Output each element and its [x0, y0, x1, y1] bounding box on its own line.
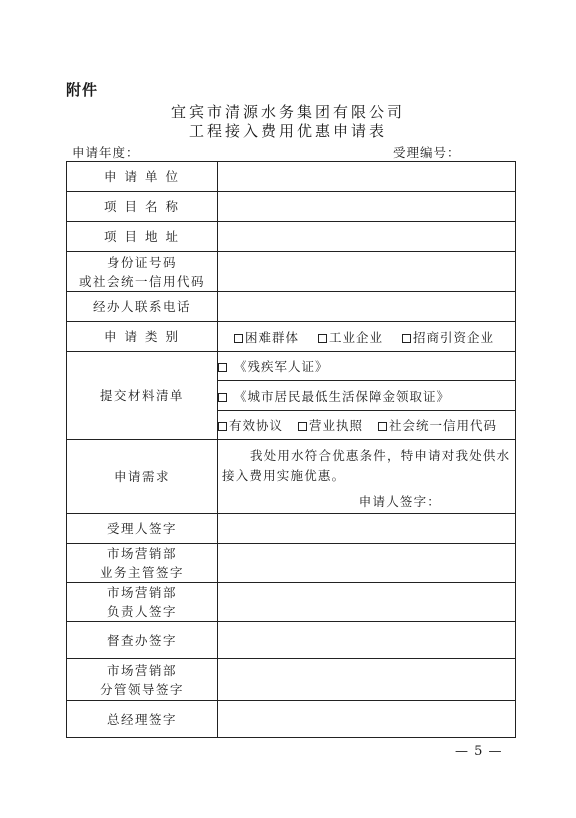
category-options: 困难群体 工业企业 招商引资企业	[218, 322, 516, 352]
row-applicant-unit: 申请单位	[67, 162, 516, 192]
label-line2: 负责人签字	[67, 602, 217, 621]
label-line1: 市场营销部	[67, 661, 217, 680]
field-receiver-signature[interactable]	[218, 514, 516, 544]
row-id-number: 身份证号码 或社会统一信用代码	[67, 252, 516, 292]
checkbox-icon[interactable]	[218, 363, 227, 372]
material-min-living-cert[interactable]: 《城市居民最低生活保障金领取证》	[218, 381, 516, 411]
label-line1: 市场营销部	[67, 544, 217, 563]
request-text-line2: 接入费用实施优惠。	[222, 468, 345, 483]
material-disabled-veteran-cert[interactable]: 《残疾军人证》	[218, 352, 516, 381]
field-business-supervisor-signature[interactable]	[218, 544, 516, 583]
row-materials-1: 提交材料清单 《残疾军人证》	[67, 352, 516, 381]
label-id-number: 身份证号码 或社会统一信用代码	[67, 252, 218, 292]
label-line2: 业务主管签字	[67, 563, 217, 582]
field-id-number[interactable]	[218, 252, 516, 292]
option-label: 营业执照	[309, 418, 363, 433]
document-title-company: 宜宾市清源水务集团有限公司	[0, 101, 576, 122]
label-id-number-line1: 身份证号码	[67, 253, 217, 272]
acceptance-number-label: 受理编号：	[393, 143, 461, 161]
label-general-manager-signature: 总经理签字	[67, 701, 218, 738]
field-application-request: 我处用水符合优惠条件，特申请对我处供水 接入费用实施优惠。 申请人签字：	[218, 440, 516, 514]
option-label: 困难群体	[245, 330, 299, 345]
application-form-table: 申请单位 项目名称 项目地址 身份证号码 或社会统一信用代码 经办人联系电话 申…	[66, 161, 516, 738]
checkbox-icon[interactable]	[402, 334, 411, 343]
field-general-manager-signature[interactable]	[218, 701, 516, 738]
request-statement: 我处用水符合优惠条件，特申请对我处供水 接入费用实施优惠。	[218, 444, 515, 486]
material-label: 《残疾军人证》	[234, 359, 329, 374]
label-business-supervisor-signature: 市场营销部 业务主管签字	[67, 544, 218, 583]
option-business-license[interactable]: 营业执照	[298, 418, 363, 433]
application-year-label: 申请年度：	[72, 143, 140, 161]
field-contact-phone[interactable]	[218, 292, 516, 322]
option-label: 社会统一信用代码	[389, 418, 497, 433]
field-project-address[interactable]	[218, 222, 516, 252]
row-application-request: 申请需求 我处用水符合优惠条件，特申请对我处供水 接入费用实施优惠。 申请人签字…	[67, 440, 516, 514]
attachment-label: 附件	[66, 79, 98, 100]
label-line1: 市场营销部	[67, 583, 217, 602]
label-leader-signature: 市场营销部 分管领导签字	[67, 659, 218, 701]
row-supervision-office-signature: 督查办签字	[67, 622, 516, 659]
option-valid-agreement[interactable]: 有效协议	[218, 418, 283, 433]
option-label: 招商引资企业	[413, 330, 494, 345]
checkbox-icon[interactable]	[218, 393, 227, 402]
option-credit-code[interactable]: 社会统一信用代码	[378, 418, 497, 433]
material-options: 有效协议 营业执照 社会统一信用代码	[218, 411, 516, 440]
row-business-supervisor-signature: 市场营销部 业务主管签字	[67, 544, 516, 583]
row-general-manager-signature: 总经理签字	[67, 701, 516, 738]
option-hardship-group[interactable]: 困难群体	[234, 330, 299, 345]
label-receiver-signature: 受理人签字	[67, 514, 218, 544]
request-text-line1: 我处用水符合优惠条件，特申请对我处供水	[250, 448, 510, 463]
option-label: 工业企业	[329, 330, 383, 345]
field-supervision-office-signature[interactable]	[218, 622, 516, 659]
checkbox-icon[interactable]	[378, 422, 387, 431]
material-label: 《城市居民最低生活保障金领取证》	[234, 389, 450, 404]
label-id-number-line2: 或社会统一信用代码	[67, 272, 217, 291]
label-applicant-unit: 申请单位	[67, 162, 218, 192]
label-supervision-office-signature: 督查办签字	[67, 622, 218, 659]
row-receiver-signature: 受理人签字	[67, 514, 516, 544]
label-materials-list: 提交材料清单	[67, 352, 218, 440]
field-project-name[interactable]	[218, 192, 516, 222]
checkbox-icon[interactable]	[298, 422, 307, 431]
row-dept-head-signature: 市场营销部 负责人签字	[67, 583, 516, 622]
field-dept-head-signature[interactable]	[218, 583, 516, 622]
row-application-category: 申请类别 困难群体 工业企业 招商引资企业	[67, 322, 516, 352]
checkbox-icon[interactable]	[318, 334, 327, 343]
label-dept-head-signature: 市场营销部 负责人签字	[67, 583, 218, 622]
checkbox-icon[interactable]	[234, 334, 243, 343]
row-leader-signature: 市场营销部 分管领导签字	[67, 659, 516, 701]
applicant-signature-label: 申请人签字：	[218, 492, 515, 510]
option-label: 有效协议	[229, 418, 283, 433]
label-line2: 分管领导签字	[67, 680, 217, 699]
label-application-category: 申请类别	[67, 322, 218, 352]
row-project-name: 项目名称	[67, 192, 516, 222]
page-number: — 5 —	[455, 744, 503, 759]
label-project-name: 项目名称	[67, 192, 218, 222]
checkbox-icon[interactable]	[218, 422, 227, 431]
field-applicant-unit[interactable]	[218, 162, 516, 192]
label-application-request: 申请需求	[67, 440, 218, 514]
label-contact-phone: 经办人联系电话	[67, 292, 218, 322]
document-title-form: 工程接入费用优惠申请表	[0, 120, 576, 141]
option-investment-enterprise[interactable]: 招商引资企业	[402, 330, 494, 345]
option-industrial-enterprise[interactable]: 工业企业	[318, 330, 383, 345]
row-contact-phone: 经办人联系电话	[67, 292, 516, 322]
field-leader-signature[interactable]	[218, 659, 516, 701]
label-project-address: 项目地址	[67, 222, 218, 252]
row-project-address: 项目地址	[67, 222, 516, 252]
